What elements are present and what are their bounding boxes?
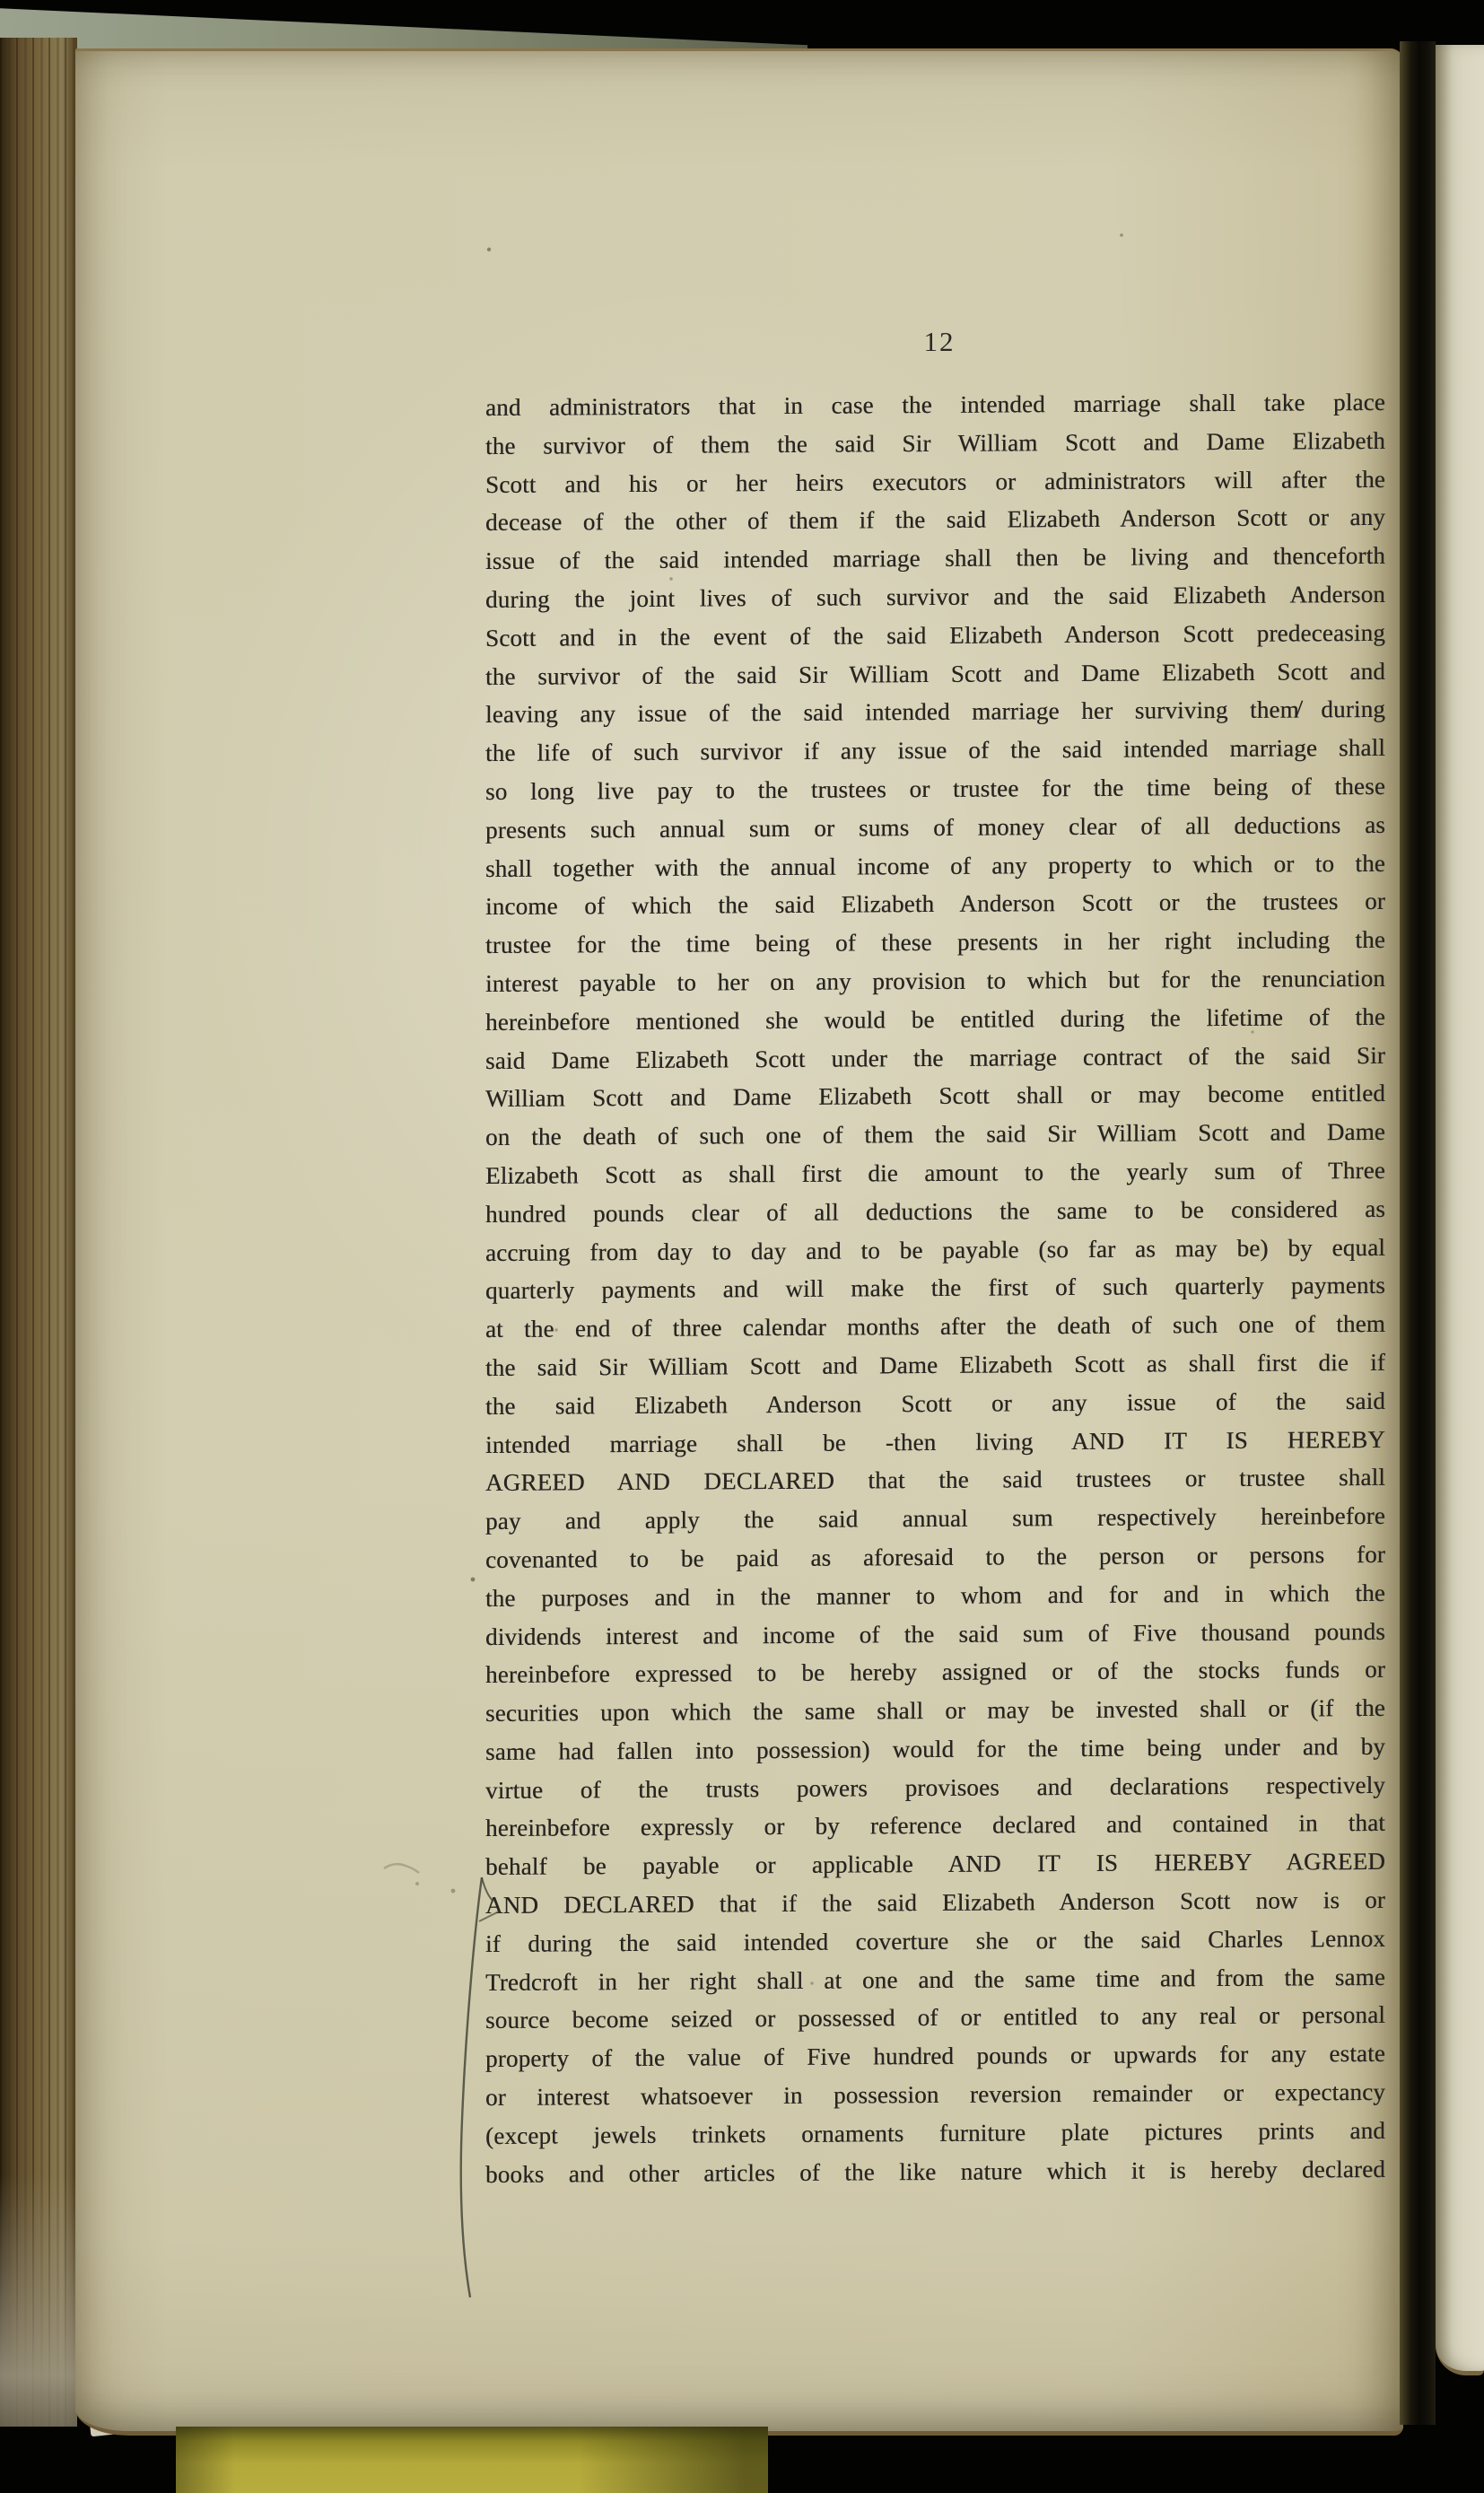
text-line: said Dame Elizabeth Scott under the marr… — [485, 1036, 1385, 1080]
book-photograph: 12 and administrators that in case the i… — [0, 0, 1484, 2493]
text-line: hereinbefore mentioned she would be enti… — [485, 998, 1385, 1042]
text-line: hereinbefore expressly or by reference d… — [485, 1804, 1385, 1848]
text-line: securities upon which the same shall or … — [485, 1689, 1385, 1733]
text-line: the said Elizabeth Anderson Scott or any… — [485, 1382, 1385, 1426]
text-line: hereinbefore expressed to be hereby assi… — [485, 1650, 1385, 1694]
text-line: (except jewels trinkets ornaments furnit… — [485, 2112, 1385, 2156]
page-gutter-shadow — [1400, 41, 1436, 2425]
text-line: the life of such survivor if any issue o… — [485, 729, 1385, 773]
text-line: decease of the other of them if the said… — [485, 498, 1385, 542]
text-line: at the end of three calendar months afte… — [485, 1305, 1385, 1349]
text-line: trustee for the time being of these pres… — [485, 921, 1385, 965]
text-line: the survivor of them the said Sir Willia… — [485, 422, 1385, 466]
text-line: or interest whatsoever in possession rev… — [485, 2073, 1385, 2117]
text-line: during the joint lives of such survivor … — [485, 575, 1385, 619]
text-line: AND DECLARED that if the said Elizabeth … — [485, 1881, 1385, 1925]
yellow-paper-below — [176, 2427, 768, 2493]
text-line: quarterly payments and will make the fir… — [485, 1266, 1385, 1310]
text-line: the purposes and in the manner to whom a… — [485, 1574, 1385, 1618]
text-line: presents such annual sum or sums of mone… — [485, 806, 1385, 850]
text-line: Scott and his or her heirs executors or … — [485, 459, 1385, 503]
text-line: the survivor of the said Sir William Sco… — [485, 652, 1385, 695]
text-line: virtue of the trusts powers provisoes an… — [485, 1766, 1385, 1810]
text-line: Tredcroft in her right shall at one and … — [485, 1958, 1385, 2002]
text-line: income of which the said Elizabeth Ander… — [485, 882, 1385, 926]
text-line: AGREED AND DECLARED that the said truste… — [485, 1458, 1385, 1502]
text-line: leaving any issue of the said intended m… — [485, 690, 1385, 734]
book-binding — [0, 38, 77, 2427]
text-line: shall together with the annual income of… — [485, 844, 1385, 888]
text-line: pay and apply the said annual sum respec… — [485, 1497, 1385, 1541]
text-line: books and other articles of the like nat… — [485, 2150, 1385, 2194]
text-line: accruing from day to day and to be payab… — [485, 1228, 1385, 1272]
text-line: and administrators that in case the inte… — [485, 383, 1385, 427]
page-text-block: and administrators that in case the inte… — [485, 383, 1385, 2194]
text-line: William Scott and Dame Elizabeth Scott s… — [485, 1074, 1385, 1118]
text-line: hundred pounds clear of all deductions t… — [485, 1190, 1385, 1234]
text-line: issue of the said intended marriage shal… — [485, 537, 1385, 581]
facing-page-edge — [1436, 45, 1484, 2375]
text-line: behalf be payable or applicable AND IT I… — [485, 1842, 1385, 1886]
text-line: intended marriage shall be -then living … — [485, 1420, 1385, 1464]
page-top-edges — [0, 5, 807, 54]
text-line: on the death of such one of them the sai… — [485, 1113, 1385, 1157]
text-line: interest payable to her on any provision… — [485, 959, 1385, 1003]
text-line: covenanted to be paid as aforesaid to th… — [485, 1535, 1385, 1579]
text-line: Scott and in the event of the said Eliza… — [485, 614, 1385, 658]
text-line: Elizabeth Scott as shall first die amoun… — [485, 1151, 1385, 1195]
text-line: so long live pay to the trustees or trus… — [485, 767, 1385, 811]
book-page: 12 and administrators that in case the i… — [75, 48, 1403, 2436]
text-line: source become seized or possessed of or … — [485, 1996, 1385, 2040]
text-line: same had fallen into possession) would f… — [485, 1728, 1385, 1771]
text-line: the said Sir William Scott and Dame Eliz… — [485, 1343, 1385, 1387]
page-number: 12 — [912, 326, 966, 358]
text-line: property of the value of Five hundred po… — [485, 2034, 1385, 2078]
text-line: dividends interest and income of the sai… — [485, 1612, 1385, 1656]
text-line: if during the said intended coverture sh… — [485, 1920, 1385, 1964]
